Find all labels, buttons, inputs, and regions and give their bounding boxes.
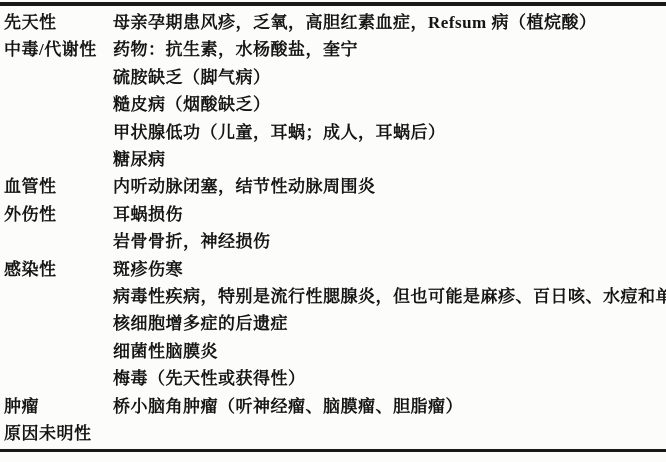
- category-items: 耳蜗损伤岩骨骨折，神经损伤: [113, 201, 666, 256]
- cause-line: 甲状腺低功（儿童，耳蜗；成人，耳蜗后）: [113, 119, 660, 146]
- category-label: 原因未明性: [0, 420, 113, 447]
- category-label: 先天性: [0, 9, 113, 36]
- category-label: 感染性: [0, 256, 113, 283]
- cause-line: 核细胞增多症的后遗症: [113, 310, 666, 337]
- cause-line: 硫胺缺乏（脚气病）: [113, 64, 660, 91]
- cause-line: 梅毒（先天性或获得性）: [113, 365, 666, 392]
- cause-line: 细菌性脑膜炎: [113, 338, 666, 365]
- category-items: 桥小脑角肿瘤（听神经瘤、脑膜瘤、胆脂瘤）: [113, 393, 666, 420]
- table-group: 肿瘤桥小脑角肿瘤（听神经瘤、脑膜瘤、胆脂瘤）: [0, 393, 666, 420]
- category-items: 母亲孕期患风疹，乏氧，高胆红素血症，Refsum 病（植烷酸）: [113, 9, 666, 36]
- table-group: 外伤性耳蜗损伤岩骨骨折，神经损伤: [0, 201, 666, 256]
- table-group: 感染性斑疹伤寒病毒性疾病，特别是流行性腮腺炎，但也可能是麻疹、百日咳、水痘和单核…: [0, 256, 666, 393]
- etiology-table: 先天性母亲孕期患风疹，乏氧，高胆红素血症，Refsum 病（植烷酸）中毒/代谢性…: [0, 9, 666, 448]
- category-label: 肿瘤: [0, 393, 113, 420]
- category-items: 内听动脉闭塞，结节性动脉周围炎: [113, 173, 666, 200]
- cause-line: 药物：抗生素，水杨酸盐，奎宁: [113, 36, 660, 63]
- table-group: 血管性内听动脉闭塞，结节性动脉周围炎: [0, 173, 666, 200]
- cause-line: 岩骨骨折，神经损伤: [113, 228, 660, 255]
- category-label: 外伤性: [0, 201, 113, 228]
- table-group: 原因未明性: [0, 420, 666, 447]
- cause-line: 糖尿病: [113, 146, 660, 173]
- table-group: 中毒/代谢性药物：抗生素，水杨酸盐，奎宁硫胺缺乏（脚气病）糙皮病（烟酸缺乏）甲状…: [0, 36, 666, 173]
- table-group: 先天性母亲孕期患风疹，乏氧，高胆红素血症，Refsum 病（植烷酸）: [0, 9, 666, 36]
- cause-line: 糙皮病（烟酸缺乏）: [113, 91, 660, 118]
- cause-line: 斑疹伤寒: [113, 256, 666, 283]
- cause-line: 内听动脉闭塞，结节性动脉周围炎: [113, 173, 660, 200]
- category-items: 药物：抗生素，水杨酸盐，奎宁硫胺缺乏（脚气病）糙皮病（烟酸缺乏）甲状腺低功（儿童…: [113, 36, 666, 173]
- table-top-rule: [0, 2, 666, 6]
- cause-line: 桥小脑角肿瘤（听神经瘤、脑膜瘤、胆脂瘤）: [113, 393, 660, 420]
- cause-line: 母亲孕期患风疹，乏氧，高胆红素血症，Refsum 病（植烷酸）: [113, 9, 660, 36]
- cause-line: 耳蜗损伤: [113, 201, 660, 228]
- category-label: 中毒/代谢性: [0, 36, 113, 63]
- category-label: 血管性: [0, 173, 113, 200]
- scanned-table-page: 先天性母亲孕期患风疹，乏氧，高胆红素血症，Refsum 病（植烷酸）中毒/代谢性…: [0, 0, 666, 462]
- table-bottom-rule: [0, 449, 666, 452]
- category-items: 斑疹伤寒病毒性疾病，特别是流行性腮腺炎，但也可能是麻疹、百日咳、水痘和单核细胞增…: [113, 256, 666, 393]
- cause-line: 病毒性疾病，特别是流行性腮腺炎，但也可能是麻疹、百日咳、水痘和单: [113, 283, 666, 310]
